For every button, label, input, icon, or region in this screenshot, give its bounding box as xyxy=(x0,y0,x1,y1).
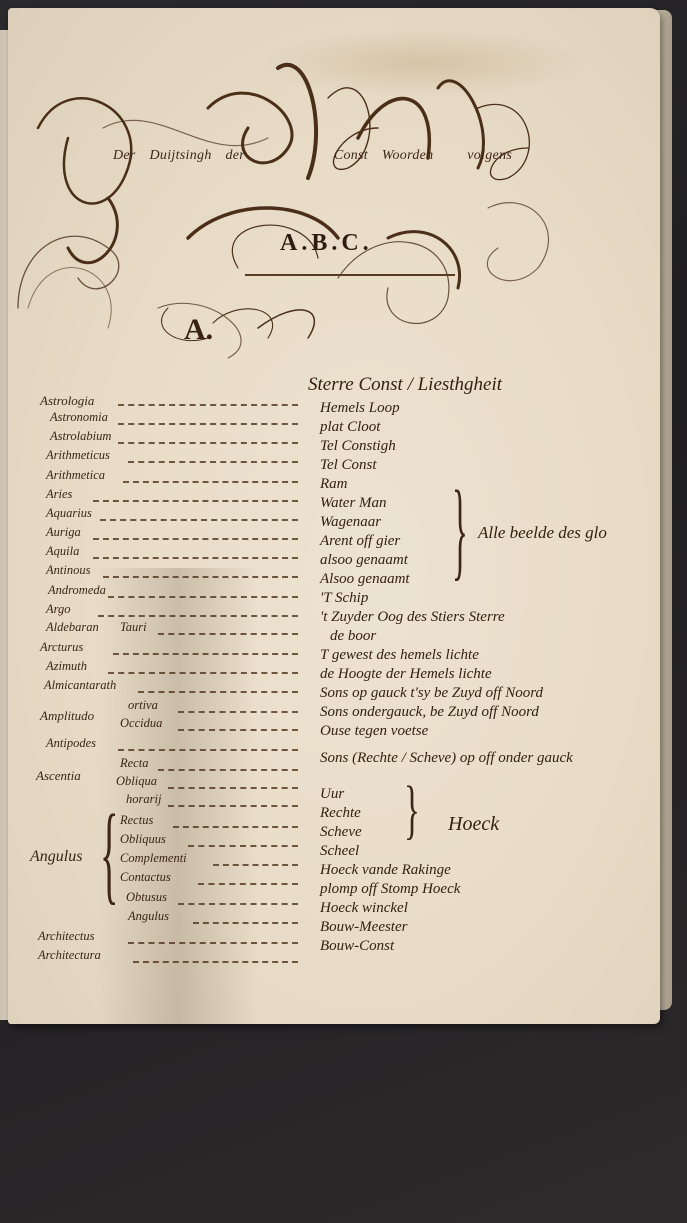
heading-word: Der xyxy=(113,148,136,163)
term: Angulus xyxy=(30,848,82,866)
meaning: Scheel xyxy=(320,843,359,860)
term-qualifier: Obliquus xyxy=(120,832,166,847)
term: Arcturus xyxy=(40,640,83,655)
term: Astronomia xyxy=(50,410,108,425)
angle-group-note: Hoeck xyxy=(448,813,499,836)
leader-line xyxy=(93,500,298,502)
term: Aquila xyxy=(46,544,79,559)
heading-word: der xyxy=(225,148,245,163)
leader-line xyxy=(193,922,298,924)
meaning: Sons ondergauck, be Zuyd off Noord xyxy=(320,704,539,721)
meaning: Bouw-Const xyxy=(320,938,394,955)
meaning: Wagenaar xyxy=(320,514,381,531)
meaning: Tel Const xyxy=(320,457,377,474)
term: Auriga xyxy=(46,525,81,540)
leader-line xyxy=(128,942,298,944)
meaning: 'T Schip xyxy=(320,590,368,607)
alphabet-heading: A.B.C. xyxy=(280,230,373,257)
term-qualifier: horarij xyxy=(126,792,161,807)
leader-line xyxy=(108,672,298,674)
leader-line xyxy=(93,538,298,540)
meaning: de Hoogte der Hemels lichte xyxy=(320,666,492,683)
heading-word: volgens xyxy=(467,148,512,163)
leader-line xyxy=(100,519,298,521)
leader-line xyxy=(178,711,298,713)
leader-line xyxy=(118,423,298,425)
leader-line xyxy=(118,442,298,444)
meaning: Sons (Rechte / Scheve) op off onder gauc… xyxy=(320,750,573,767)
leader-line xyxy=(103,576,298,578)
meaning: Rechte xyxy=(320,805,361,822)
term: Almicantarath xyxy=(44,678,116,693)
meaning: Ouse tegen voetse xyxy=(320,723,428,740)
meaning: Bouw-Meester xyxy=(320,919,407,936)
term: Aldebaran xyxy=(46,620,99,635)
leader-line xyxy=(138,691,298,693)
manuscript-page: Der Duijtsingh der Const Woorden volgens… xyxy=(8,8,660,1024)
term: Architectura xyxy=(38,948,101,963)
leader-line xyxy=(173,826,298,828)
page-heading: Der Duijtsingh der Const Woorden volgens xyxy=(113,148,522,164)
term: Ascentia xyxy=(36,768,81,784)
meaning: Ram xyxy=(320,476,348,493)
right-brace-icon: } xyxy=(404,776,420,842)
meaning: Scheve xyxy=(320,824,362,841)
heading-word: Const xyxy=(334,148,368,163)
leader-line xyxy=(168,787,298,789)
meaning: T gewest des hemels lichte xyxy=(320,647,479,664)
leader-line xyxy=(188,845,298,847)
calligraphic-flourish-icon xyxy=(8,8,660,368)
meaning: Tel Constigh xyxy=(320,438,396,455)
term: Astrolabium xyxy=(50,429,111,444)
meaning: 't Zuyder Oog des Stiers Sterre xyxy=(320,609,505,626)
meaning: alsoo genaamt xyxy=(320,552,408,569)
term: Arithmeticus xyxy=(46,448,110,463)
meaning: Sterre Const / Liesthgheit xyxy=(308,374,502,396)
leader-line xyxy=(213,864,298,866)
leader-line xyxy=(198,883,298,885)
meaning: Hemels Loop xyxy=(320,400,400,417)
term: Andromeda xyxy=(48,583,106,598)
meaning: Arent off gier xyxy=(320,533,400,550)
leader-line xyxy=(178,903,298,905)
heading-word: Duijtsingh xyxy=(150,148,212,163)
leader-line xyxy=(178,729,298,731)
term-qualifier: Complementi xyxy=(120,851,187,866)
meaning: plat Cloot xyxy=(320,419,380,436)
brace-icon: { xyxy=(100,798,118,908)
term-qualifier: Rectus xyxy=(120,813,153,828)
term: Astrologia xyxy=(40,393,94,409)
term: Argo xyxy=(46,602,71,617)
heading-word: Woorden xyxy=(382,148,434,163)
meaning: de boor xyxy=(330,628,376,645)
term: Architectus xyxy=(38,929,94,944)
term: Aquarius xyxy=(46,506,92,521)
right-brace-icon: } xyxy=(452,474,468,584)
leader-line xyxy=(108,596,298,598)
term-qualifier: Recta xyxy=(120,756,148,771)
leader-line xyxy=(118,749,298,751)
term-qualifier: Obtusus xyxy=(126,890,167,905)
shadow-band xyxy=(98,568,258,1024)
heading-underline xyxy=(245,274,455,276)
term-qualifier: ortiva xyxy=(128,698,158,713)
leader-line xyxy=(158,769,298,771)
meaning: Sons op gauck t'sy be Zuyd off Noord xyxy=(320,685,543,702)
term-qualifier: Contactus xyxy=(120,870,171,885)
leader-line xyxy=(158,633,298,635)
term: Amplitudo xyxy=(40,708,94,724)
term: Antipodes xyxy=(46,736,96,751)
term-qualifier: Occidua xyxy=(120,716,162,731)
leader-line xyxy=(118,404,298,406)
term-qualifier: Obliqua xyxy=(116,774,157,789)
meaning: Hoeck winckel xyxy=(320,900,408,917)
meaning: Uur xyxy=(320,786,344,803)
leader-line xyxy=(93,557,298,559)
constellation-group-note: Alle beelde des glo xyxy=(478,523,607,543)
leader-line xyxy=(133,961,298,963)
term-qualifier: Angulus xyxy=(128,909,169,924)
term: Aries xyxy=(46,487,72,502)
term: Azimuth xyxy=(46,659,87,674)
leader-line xyxy=(128,461,298,463)
section-letter: A. xyxy=(184,313,213,347)
term: Antinous xyxy=(46,563,90,578)
meaning: Alsoo genaamt xyxy=(320,571,410,588)
meaning: Hoeck vande Rakinge xyxy=(320,862,451,879)
term: Arithmetica xyxy=(46,468,105,483)
term-qualifier: Tauri xyxy=(120,620,147,635)
leader-line xyxy=(98,615,298,617)
meaning: Water Man xyxy=(320,495,387,512)
leader-line xyxy=(123,481,298,483)
meaning: plomp off Stomp Hoeck xyxy=(320,881,460,898)
leader-line xyxy=(168,805,298,807)
leader-line xyxy=(113,653,298,655)
